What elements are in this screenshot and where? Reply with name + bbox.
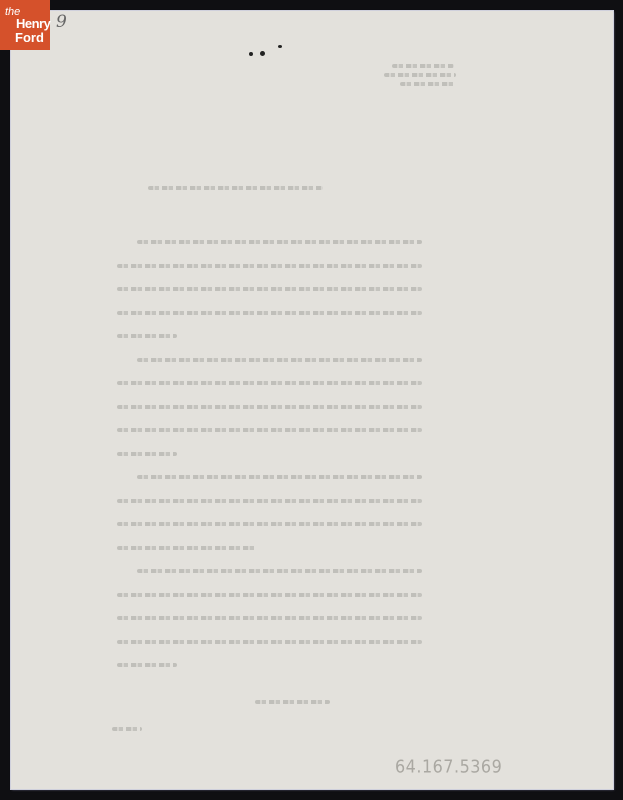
paragraph-line [117, 334, 177, 338]
paragraph-line [117, 428, 422, 432]
accession-number: 64.167.5369 [395, 756, 502, 777]
paragraph-line [117, 546, 257, 550]
footer-line [255, 700, 330, 704]
paragraph-line [117, 616, 422, 620]
paragraph-line [137, 569, 422, 573]
paragraph-line [117, 264, 422, 268]
the-henry-ford-logo: the Henry Ford [0, 0, 50, 50]
paragraph-line [117, 311, 422, 315]
paragraph-line [117, 405, 422, 409]
paragraph-line [117, 381, 422, 385]
ink-specks [245, 40, 285, 60]
handwritten-page-number: 9 [56, 12, 67, 32]
paragraph-line [117, 640, 422, 644]
logo-henry: Henry [16, 16, 50, 31]
document-page [11, 11, 613, 789]
header-line [384, 73, 456, 77]
footer-line [112, 727, 142, 731]
paragraph-line [117, 287, 422, 291]
logo-ford: Ford [15, 30, 44, 45]
paragraph-line [137, 240, 422, 244]
paragraph-line [117, 663, 177, 667]
paragraph-line [117, 593, 422, 597]
title-line [148, 186, 323, 190]
paragraph-line [117, 522, 422, 526]
header-line [392, 64, 454, 68]
paragraph-line [117, 499, 422, 503]
paragraph-line [137, 475, 422, 479]
header-line [400, 82, 456, 86]
paragraph-line [137, 358, 422, 362]
paragraph-line [117, 452, 177, 456]
